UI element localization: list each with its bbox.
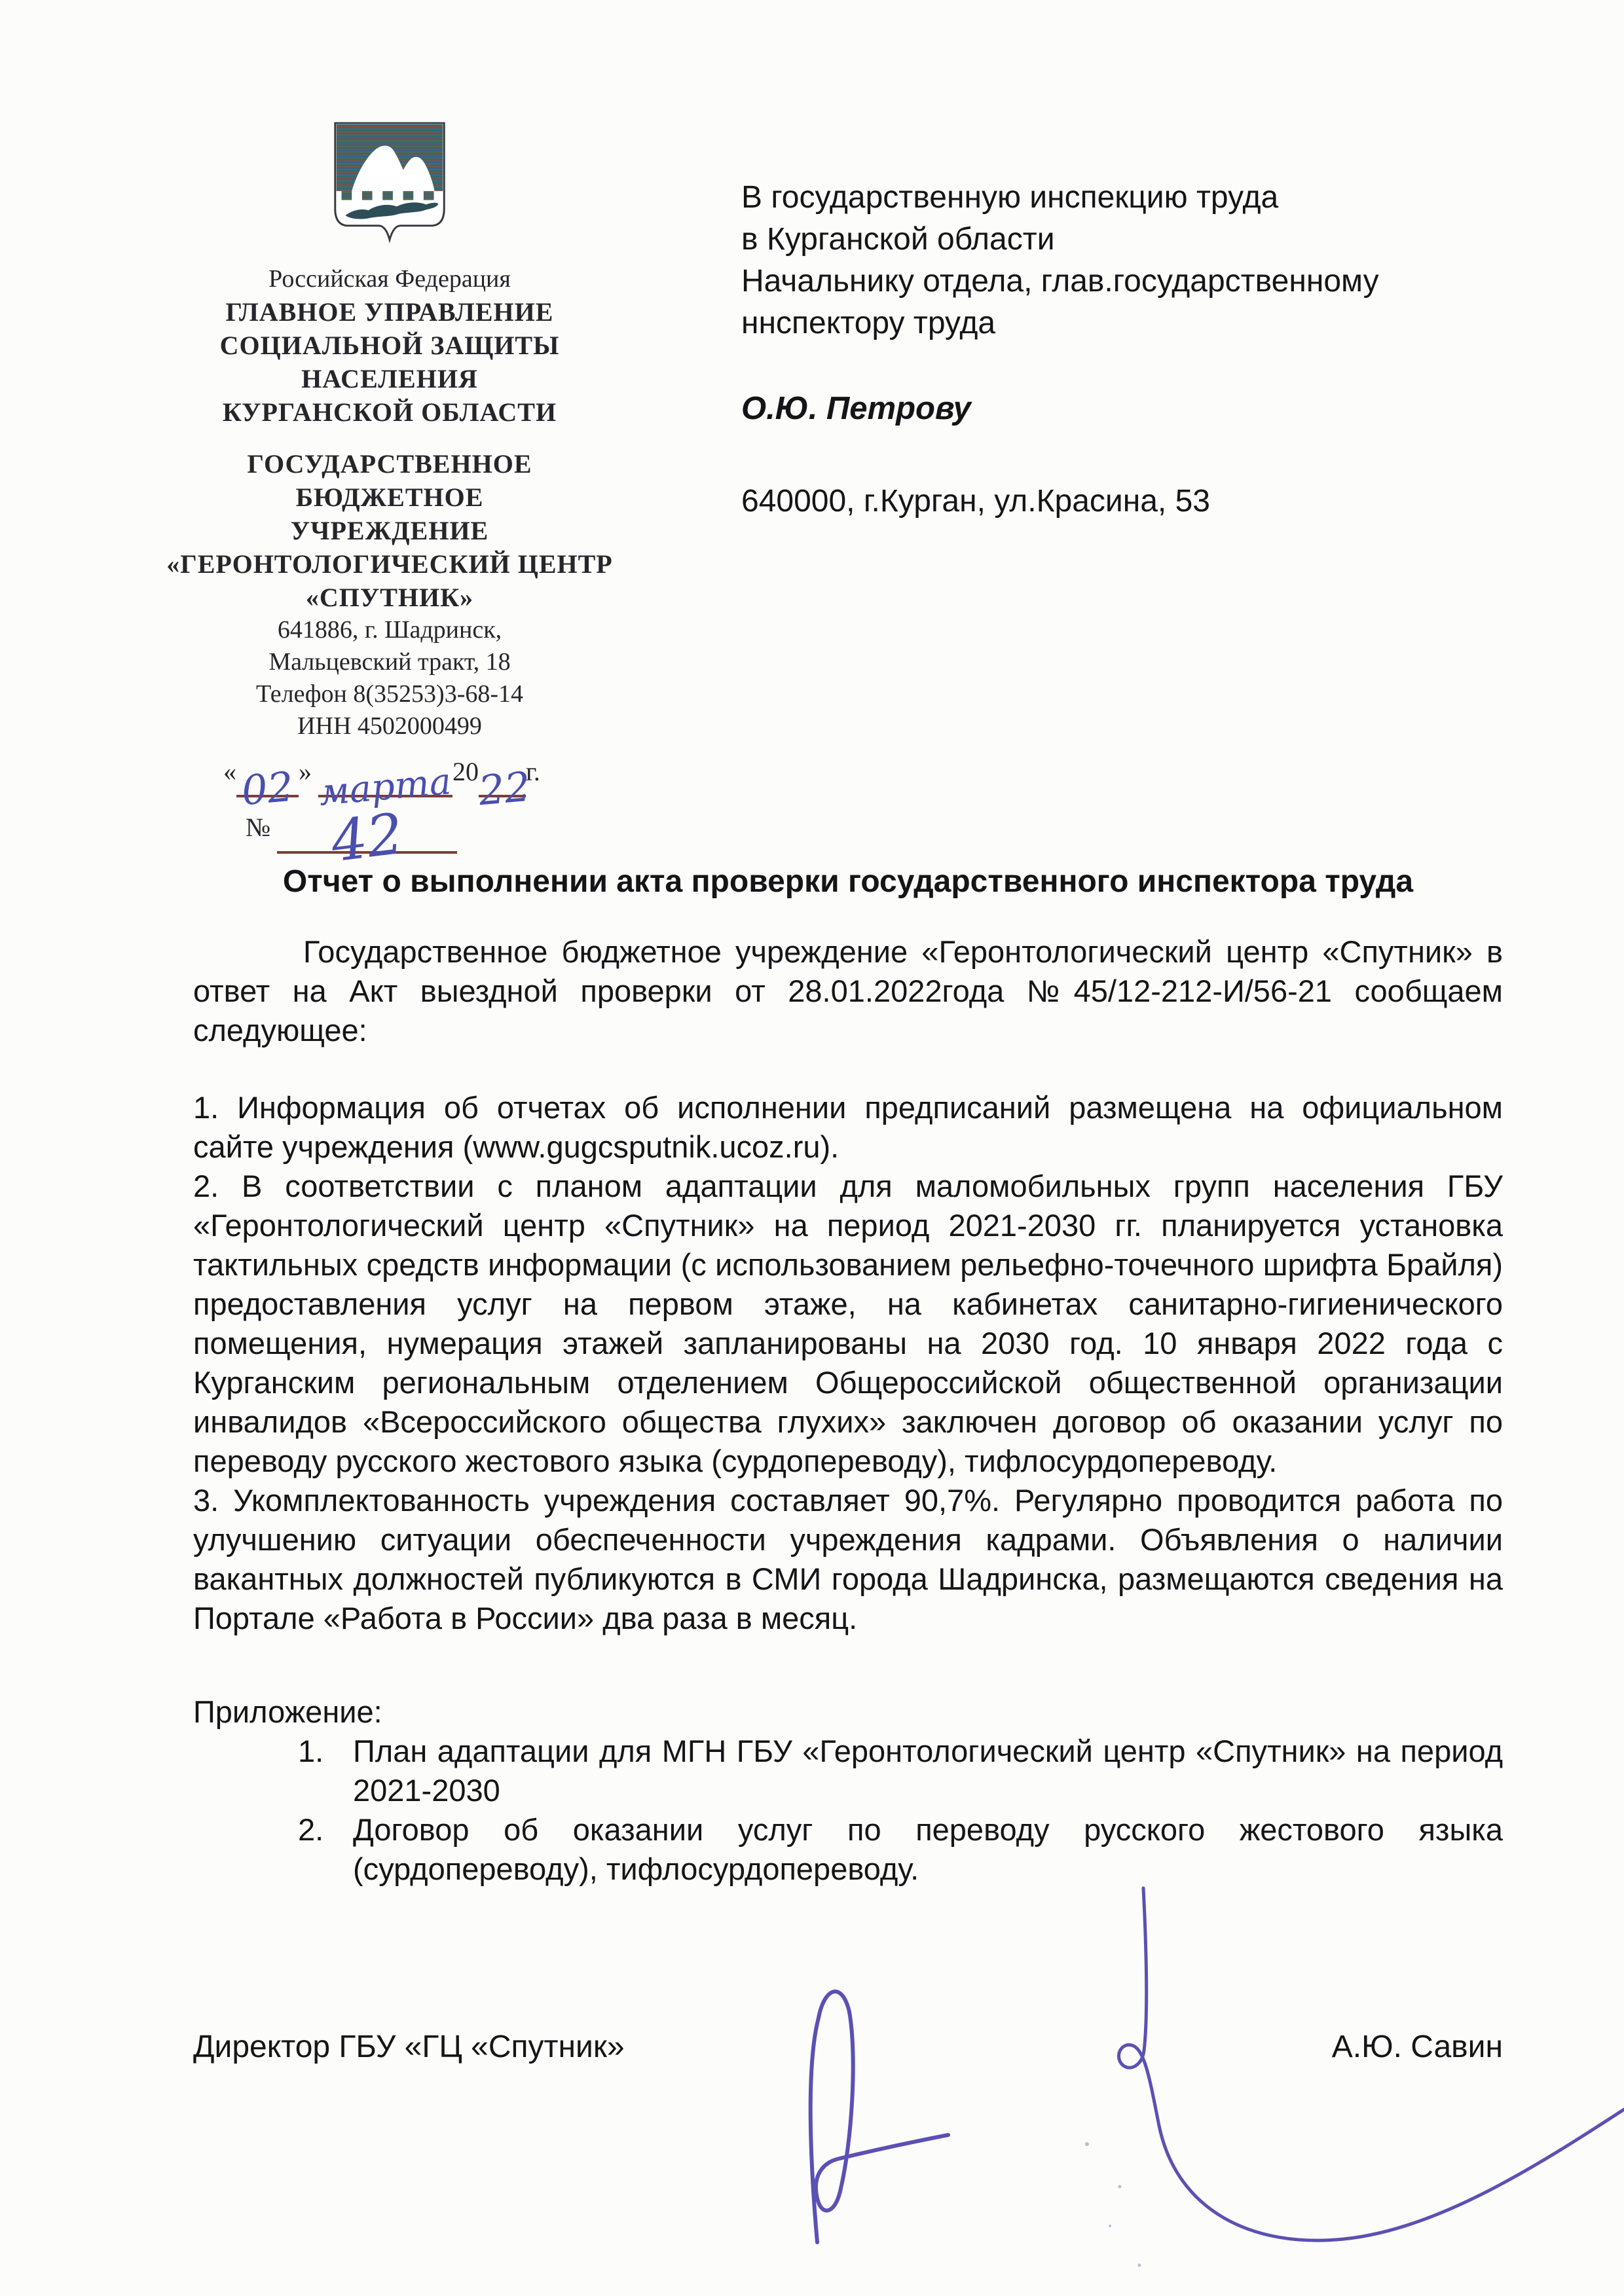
letterhead-inn: ИНН 4502000499 [160, 710, 619, 742]
body-item: 2. В соответствии с планом адаптации для… [193, 1167, 1503, 1481]
letterhead-institution-line: «ГЕРОНТОЛОГИЧЕСКИЙ ЦЕНТР [160, 547, 619, 581]
date-year-prefix: 20 [452, 757, 479, 786]
date-open-quote: « [223, 757, 236, 786]
letterhead-country: Российская Федерация [160, 263, 619, 295]
date-close-quote: » [299, 757, 312, 786]
signer-title: Директор ГБУ «ГЦ «Спутник» [193, 2028, 625, 2066]
addressee-line: В государственную инспекцию труда [741, 177, 1514, 219]
letterhead-org-line: ГЛАВНОЕ УПРАВЛЕНИЕ [160, 295, 619, 329]
addressee-address: 640000, г.Курган, ул.Красина, 53 [741, 481, 1514, 522]
date-day-blank: 02 [236, 766, 299, 797]
handwritten-signature [720, 1846, 1624, 2296]
date-year-blank: 22 [479, 766, 526, 797]
body-item: 1. Информация об отчетах об исполнении п… [193, 1088, 1503, 1167]
signature-row: Директор ГБУ «ГЦ «Спутник» А.Ю. Савин [193, 2028, 1503, 2066]
document-title: Отчет о выполнении акта проверки государ… [193, 863, 1503, 901]
letterhead-phone: Телефон 8(35253)3-68-14 [160, 678, 619, 710]
attachment-item: 1. План адаптации для МГН ГБУ «Геронтоло… [193, 1732, 1503, 1810]
addressee-line: ннспектору труда [741, 302, 1514, 344]
attachments-label: Приложение: [193, 1692, 1503, 1732]
handwritten-year: 22 [477, 761, 532, 817]
number-label: № [246, 812, 270, 842]
handwritten-number: 42 [328, 808, 405, 869]
signer-name: А.Ю. Савин [1332, 2028, 1503, 2066]
attachment-text: Договор об оказании услуг по переводу ру… [353, 1810, 1503, 1889]
document-number-line: № 42 [246, 801, 619, 854]
attachment-item: 2. Договор об оказании услуг по переводу… [193, 1810, 1503, 1889]
addressee-line: Начальнику отдела, глав.государственному [741, 261, 1514, 302]
intro-paragraph: Государственное бюджетное учреждение «Ге… [193, 932, 1503, 1050]
attachment-number: 2. [298, 1810, 353, 1850]
attachments-section: Приложение: 1. План адаптации для МГН ГБ… [193, 1692, 1503, 1889]
attachment-number: 1. [298, 1732, 353, 1771]
letterhead-institution-line: ГОСУДАРСТВЕННОЕ БЮДЖЕТНОЕ [160, 447, 619, 514]
letterhead-postal-line: 641886, г. Шадринск, [160, 614, 619, 646]
coat-of-arms-icon [329, 117, 451, 255]
scanned-letter-page: Российская Федерация ГЛАВНОЕ УПРАВЛЕНИЕ … [0, 0, 1624, 2296]
letterhead-institution-line: «СПУТНИК» [160, 581, 619, 614]
document-body: Государственное бюджетное учреждение «Ге… [193, 932, 1503, 1638]
body-item: 3. Укомплектованность учреждения составл… [193, 1481, 1503, 1638]
addressee-line: в Курганской области [741, 219, 1514, 261]
letterhead: Российская Федерация ГЛАВНОЕ УПРАВЛЕНИЕ … [160, 117, 619, 854]
addressee-name: О.Ю. Петрову [741, 388, 1514, 429]
ink-specks [1085, 2142, 1141, 2267]
letterhead-org-line: СОЦИАЛЬНОЙ ЗАЩИТЫ НАСЕЛЕНИЯ [160, 329, 619, 395]
handwritten-day: 02 [240, 761, 295, 817]
letterhead-postal-line: Мальцевский тракт, 18 [160, 646, 619, 678]
date-line: «02» марта2022г. [223, 746, 619, 797]
number-blank: 42 [277, 822, 457, 854]
addressee-block: В государственную инспекцию труда в Кург… [741, 177, 1514, 522]
letterhead-institution-line: УЧРЕЖДЕНИЕ [160, 514, 619, 547]
attachment-text: План адаптации для МГН ГБУ «Геронтологич… [353, 1732, 1503, 1810]
date-month-blank: марта [318, 766, 452, 797]
letterhead-org-line: КУРГАНСКОЙ ОБЛАСТИ [160, 395, 619, 429]
